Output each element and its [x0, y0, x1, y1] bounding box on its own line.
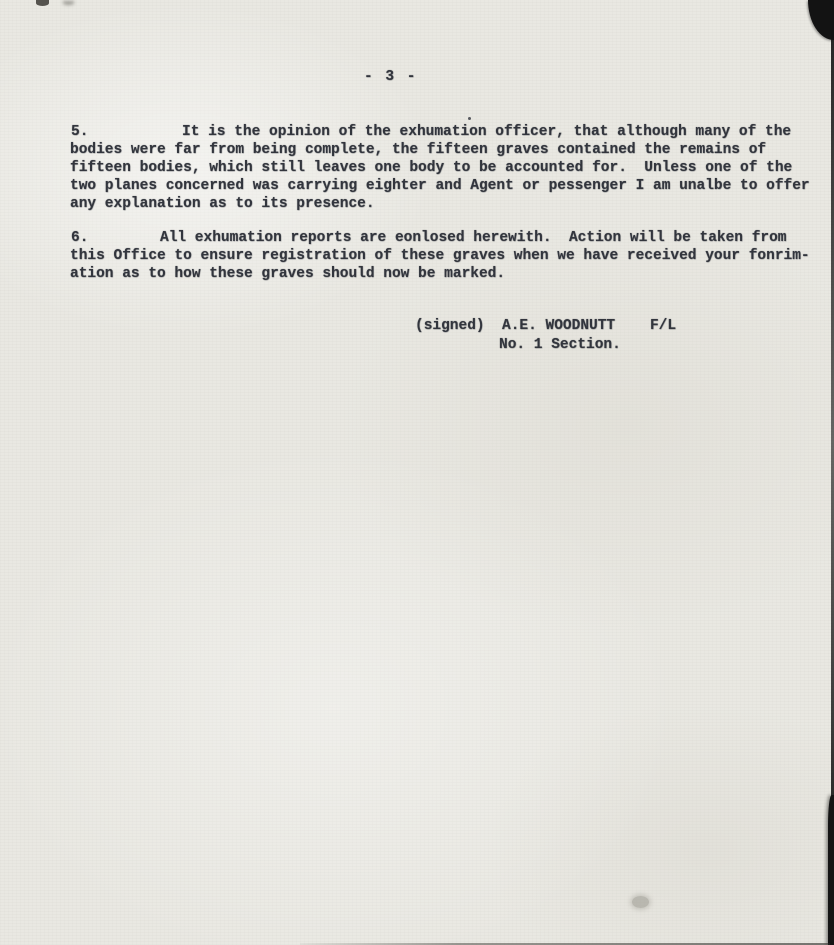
scanned-document-page: - 3 - 5. It is the opinion of the exhuma… [0, 0, 834, 945]
paragraph-6-line-3: ation as to how these graves should now … [70, 265, 826, 283]
page-number: - 3 - [364, 68, 418, 86]
paragraph-6-line-1: All exhumation reports are eonlosed here… [70, 229, 826, 247]
paragraph-5-line-4: two planes concerned was carrying eighte… [70, 177, 826, 195]
paragraph-5-line-3: fifteen bodies, which still leaves one b… [70, 159, 826, 177]
paragraph-5-line-1: It is the opinion of the exhumation offi… [70, 123, 826, 141]
signature-section-line: No. 1 Section. [499, 336, 621, 354]
paragraph-5: 5. It is the opinion of the exhumation o… [70, 123, 826, 213]
paragraph-5-line-5: any explanation as to its presence. [70, 195, 826, 213]
paragraph-6-line-2: this Office to ensure registration of th… [70, 247, 826, 265]
paragraph-6-number: 6. [71, 229, 88, 247]
paper-smudge-bottom [632, 896, 649, 908]
paragraph-5-number: 5. [71, 123, 88, 141]
scan-edge-right-bottom [828, 795, 834, 945]
paper-speck-top [36, 0, 49, 6]
stray-ink-dot [468, 117, 471, 120]
signature-line: (signed) A.E. WOODNUTT F/L [415, 317, 676, 335]
paragraph-5-line-2: bodies were far from being complete, the… [70, 141, 826, 159]
paragraph-6: 6. All exhumation reports are eonlosed h… [70, 229, 826, 283]
